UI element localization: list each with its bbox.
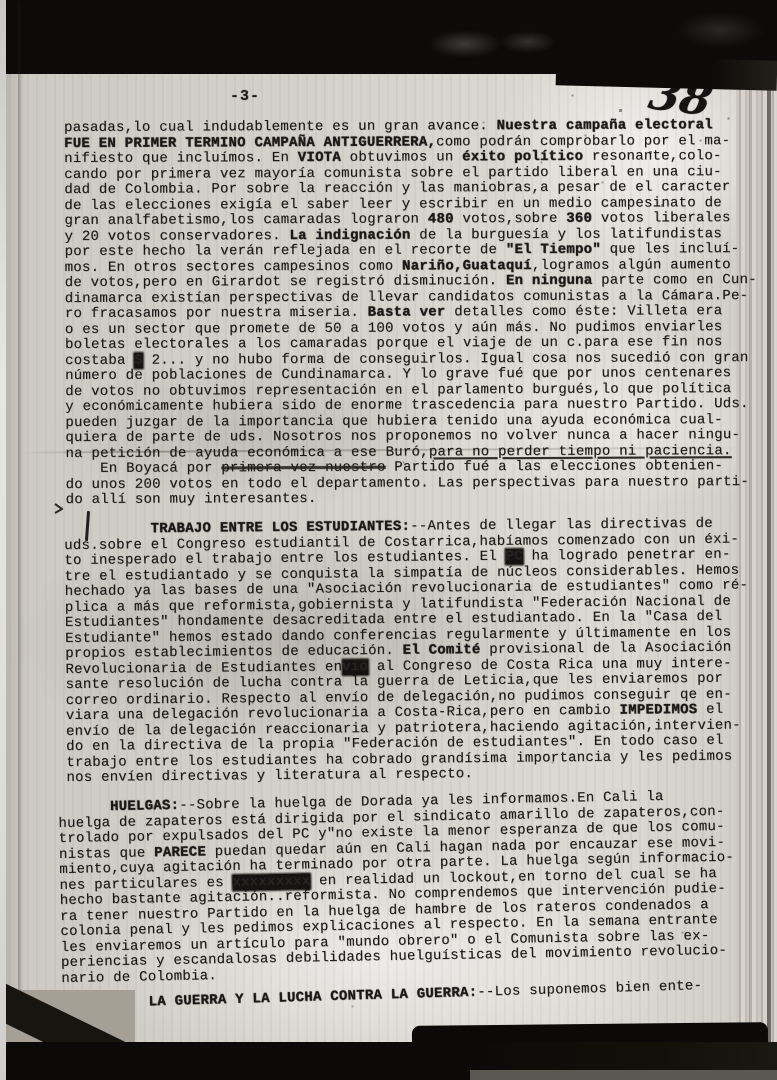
- text-line: do unos 200 votos en todo el departament…: [66, 474, 772, 493]
- left-dark-bar: [6, 0, 18, 1000]
- document-body: pasadas,lo cual indudablemente es un gra…: [64, 121, 770, 1014]
- pen-mark-angle: [55, 503, 64, 516]
- scan-top-border: [0, 0, 777, 74]
- left-white-strip: [0, 0, 6, 1080]
- paragraph-elections: pasadas,lo cual indudablemente es un gra…: [64, 118, 772, 509]
- scan-bottom-border: [0, 1042, 777, 1080]
- text-line: do allí son muy interesantes.: [66, 490, 772, 509]
- scanned-document-page: -3- 38 pasadas,lo cual indudablemente es…: [0, 0, 777, 1080]
- paragraph-strikes: HUELGAS:--Sobre la huelga de Dorada ya l…: [58, 788, 773, 987]
- page-number: -3-: [230, 88, 260, 105]
- paragraph-students: TRABAJO ENTRE LOS ESTUDIANTES:--Antes de…: [64, 516, 772, 786]
